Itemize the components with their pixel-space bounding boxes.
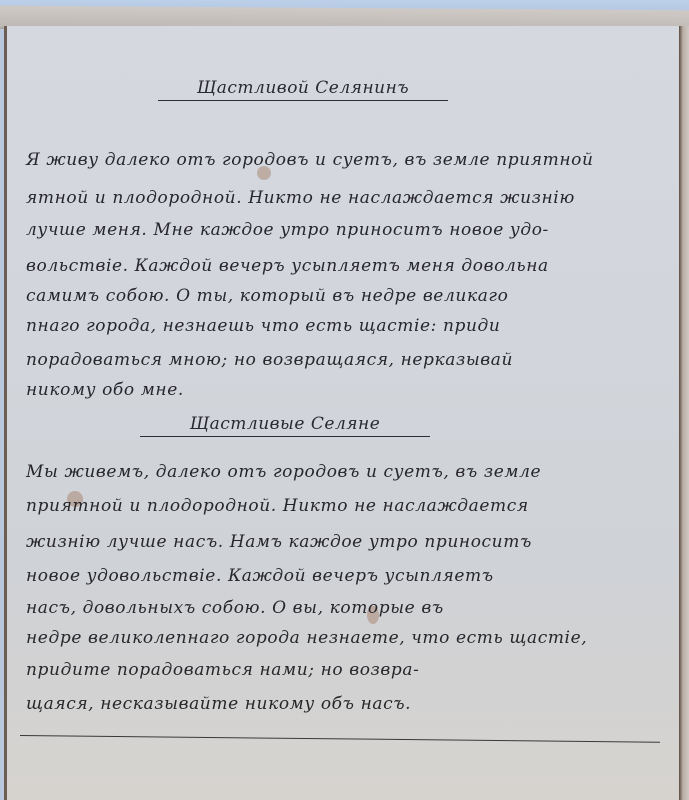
section-1-line-3: лучше меня. Мне каждое утро приноситъ но…: [26, 220, 666, 240]
section-2-line-3: жизнію лучше насъ. Намъ каждое утро прин…: [26, 532, 666, 552]
manuscript-page: [4, 26, 683, 800]
section-1-line-2: ятной и плодородной. Никто не наслаждает…: [26, 188, 666, 208]
section-1-title: Щастливой Селянинъ: [158, 78, 448, 101]
section-2-line-1: Мы живемъ, далеко отъ городовъ и суетъ, …: [26, 462, 666, 482]
section-1-line-8: никому обо мне.: [26, 380, 666, 400]
section-2-line-5: насъ, довольныхъ собою. О вы, которые въ: [26, 598, 666, 618]
section-1-line-7: порадоваться мною; но возвращаяся, нерка…: [26, 350, 666, 370]
section-1-line-1: Я живу далеко отъ городовъ и суетъ, въ з…: [26, 150, 666, 170]
section-2-line-8: щаяся, несказывайте никому объ насъ.: [26, 694, 666, 714]
section-1-line-6: пнаго города, незнаешь что есть щастіе: …: [26, 316, 666, 336]
section-2-line-2: приятной и плодородной. Никто не наслажд…: [26, 496, 666, 516]
section-2-title: Щастливые Селяне: [140, 414, 430, 437]
section-2-line-4: новое удовольствіе. Каждой вечеръ усыпля…: [26, 566, 666, 586]
section-2-line-6: недре великолепнаго города незнаете, что…: [26, 628, 666, 648]
section-1-line-4: вольствіе. Каждой вечеръ усыпляетъ меня …: [26, 256, 666, 276]
section-2-line-7: придите порадоваться нами; но возвра-: [26, 660, 666, 680]
section-1-line-5: самимъ собою. О ты, который въ недре вел…: [26, 286, 666, 306]
